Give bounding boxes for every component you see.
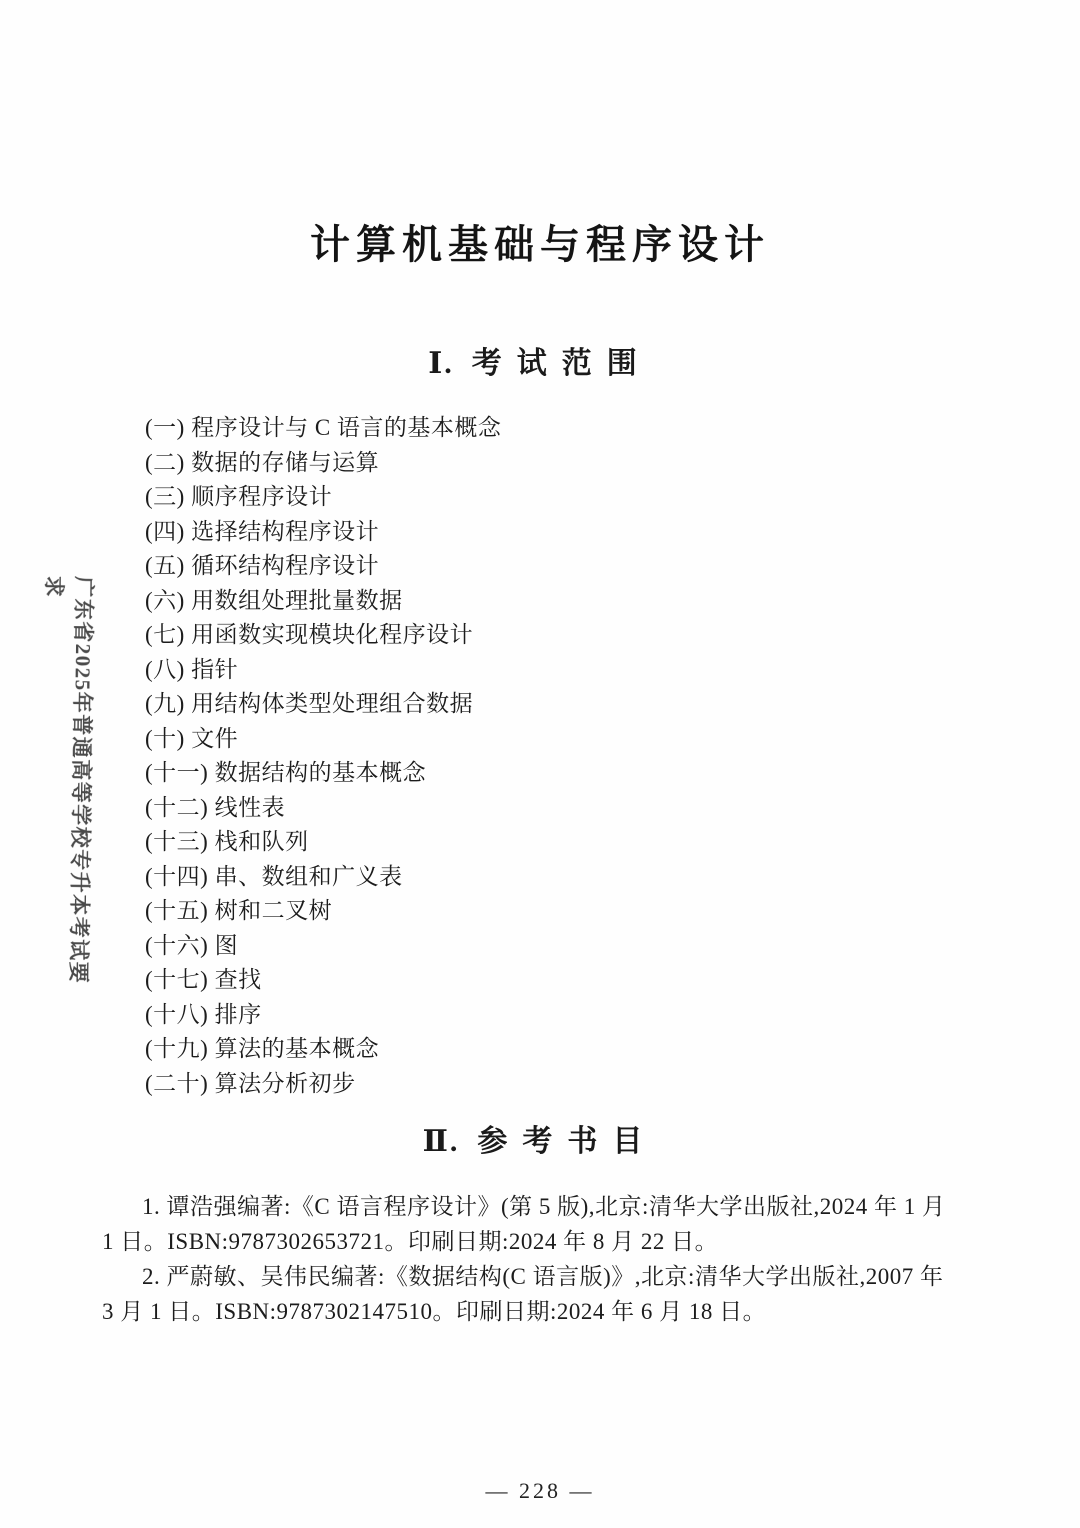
section-heading-references: Ⅱ.参考书目	[0, 1116, 1080, 1160]
page-number: — 228 —	[0, 1478, 1080, 1504]
list-item: (八) 指针	[145, 653, 1000, 688]
list-item: (九) 用结构体类型处理组合数据	[145, 687, 1000, 722]
list-item: (十九) 算法的基本概念	[145, 1032, 1000, 1067]
list-item: (十八) 排序	[145, 998, 1000, 1033]
list-item: (七) 用函数实现模块化程序设计	[145, 618, 1000, 653]
list-item: (六) 用数组处理批量数据	[145, 584, 1000, 619]
spine-note-vertical-text: 广东省2025年普通高等学校专升本考试要求	[34, 576, 100, 1007]
section-numeral: Ⅰ.	[428, 347, 454, 380]
page-title: 计算机基础与程序设计	[0, 213, 1080, 270]
list-item: (一) 程序设计与 C 语言的基本概念	[145, 411, 1000, 446]
list-item: (十七) 查找	[145, 963, 1000, 998]
list-item: (五) 循环结构程序设计	[145, 549, 1000, 584]
document-page: 广东省2025年普通高等学校专升本考试要求 计算机基础与程序设计 Ⅰ.考试范围 …	[0, 0, 1080, 1528]
list-item: (十六) 图	[145, 929, 1000, 964]
list-item: (十四) 串、数组和广义表	[145, 860, 1000, 895]
list-item: (十二) 线性表	[145, 791, 1000, 826]
reference-entry: 2. 严蔚敏、吴伟民编著:《数据结构(C 语言版)》,北京:清华大学出版社,20…	[102, 1259, 986, 1329]
section-heading-text: 考试范围	[472, 347, 652, 380]
reference-list: 1. 谭浩强编著:《C 语言程序设计》(第 5 版),北京:清华大学出版社,20…	[102, 1189, 986, 1329]
list-item: (四) 选择结构程序设计	[145, 515, 1000, 550]
list-item: (十五) 树和二叉树	[145, 894, 1000, 929]
reference-line: 3 月 1 日。ISBN:9787302147510。印刷日期:2024 年 6…	[102, 1294, 986, 1329]
section-heading-exam-scope: Ⅰ.考试范围	[0, 338, 1080, 382]
list-item: (三) 顺序程序设计	[145, 480, 1000, 515]
list-item: (二) 数据的存储与运算	[145, 446, 1000, 481]
section-numeral: Ⅱ.	[423, 1125, 460, 1158]
exam-scope-list: (一) 程序设计与 C 语言的基本概念 (二) 数据的存储与运算 (三) 顺序程…	[145, 411, 1000, 1101]
reference-line: 2. 严蔚敏、吴伟民编著:《数据结构(C 语言版)》,北京:清华大学出版社,20…	[102, 1259, 986, 1294]
reference-line: 1 日。ISBN:9787302653721。印刷日期:2024 年 8 月 2…	[102, 1224, 986, 1259]
reference-entry: 1. 谭浩强编著:《C 语言程序设计》(第 5 版),北京:清华大学出版社,20…	[102, 1189, 986, 1259]
list-item: (二十) 算法分析初步	[145, 1067, 1000, 1102]
list-item: (十三) 栈和队列	[145, 825, 1000, 860]
reference-line: 1. 谭浩强编著:《C 语言程序设计》(第 5 版),北京:清华大学出版社,20…	[102, 1189, 986, 1224]
list-item: (十) 文件	[145, 722, 1000, 757]
list-item: (十一) 数据结构的基本概念	[145, 756, 1000, 791]
section-heading-text: 参考书目	[477, 1125, 657, 1158]
